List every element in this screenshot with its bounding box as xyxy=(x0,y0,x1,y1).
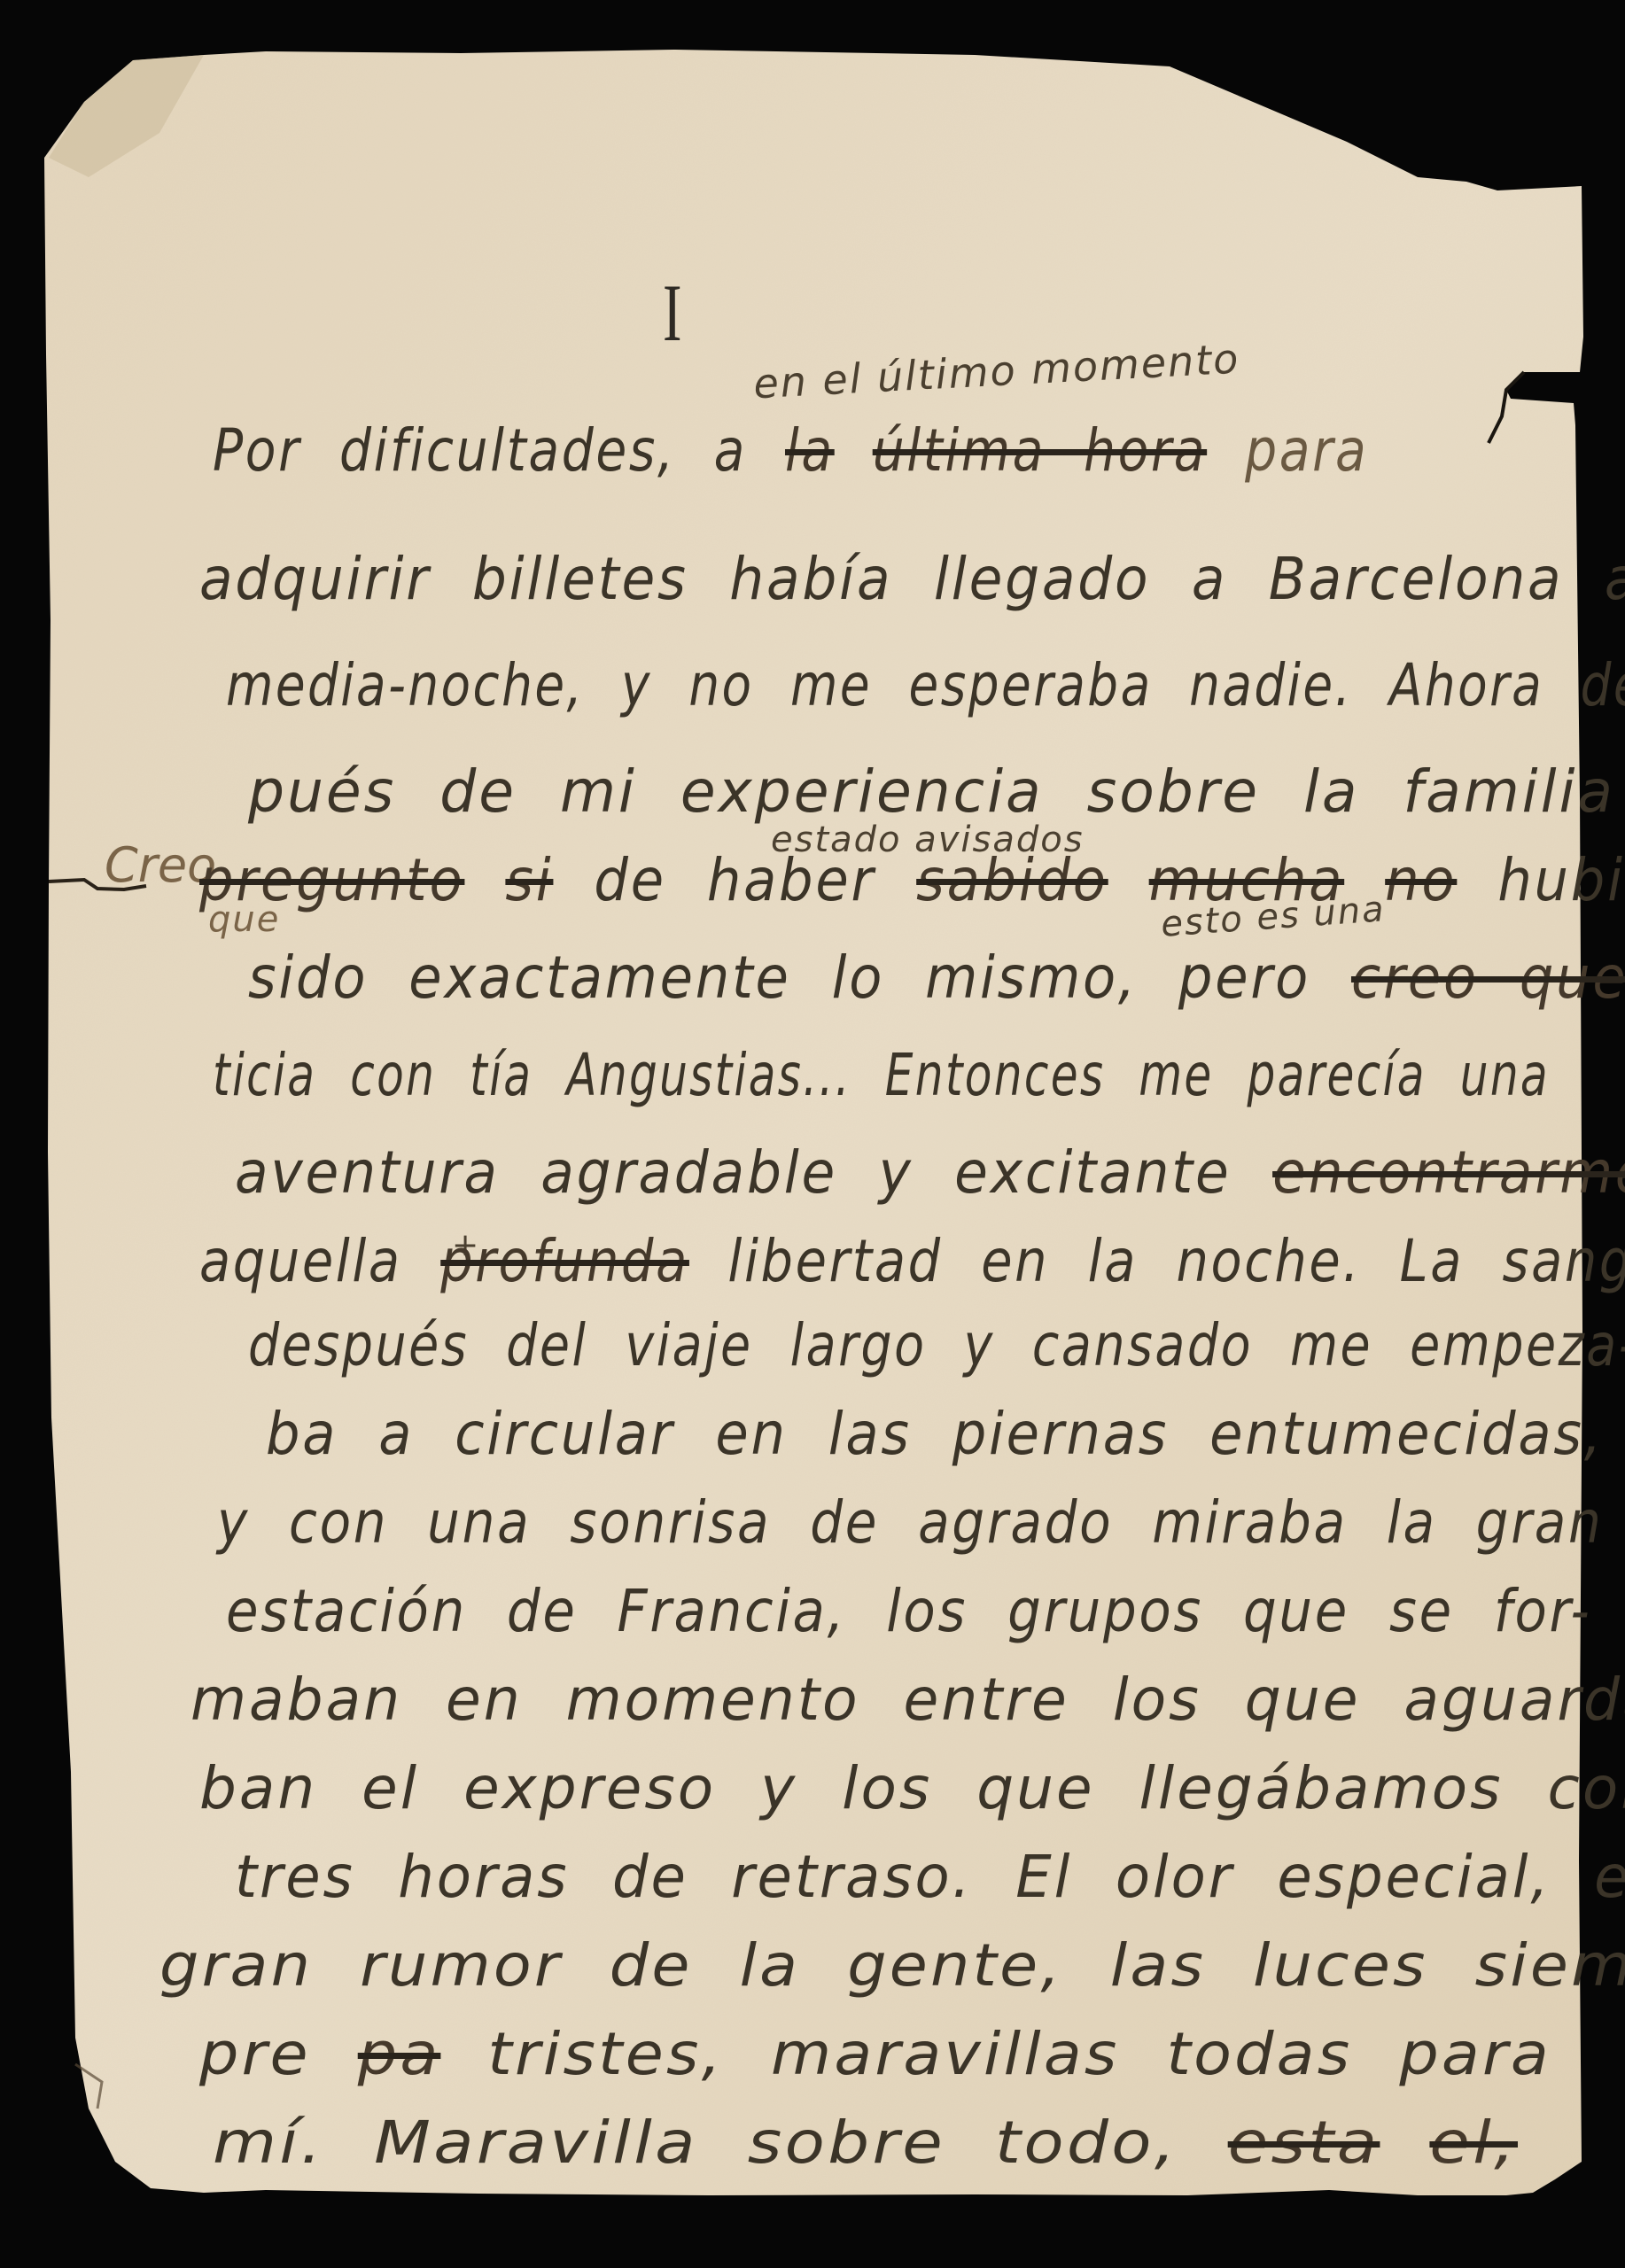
line-5-segment: de haber xyxy=(594,846,875,914)
line-14-text: maban en momento entre los que aguarda- xyxy=(190,1666,1625,1734)
line-19-struck-word: esta xyxy=(1228,2109,1380,2177)
line-9-text: aquella xyxy=(199,1227,402,1295)
line-5-segment: hubiera xyxy=(1497,846,1625,914)
line-18-text: tristes, maravillas todas para xyxy=(487,2020,1551,2088)
manuscript-line-16: tres horas de retraso. El olor especial,… xyxy=(235,1843,1625,1911)
line-1-segment: a xyxy=(714,416,747,485)
line-6-text: sido exactamente lo mismo, pero xyxy=(248,944,1310,1012)
manuscript-line-4: pués de mi experiencia sobre la familia … xyxy=(248,757,1625,826)
line-19-text: mí. Maravilla sobre todo, xyxy=(213,2109,1178,2177)
manuscript-line-3: media-noche, y no me esperaba nadie. Aho… xyxy=(226,651,1625,719)
manuscript-line-6: sido exactamente lo mismo, pero creo que… xyxy=(248,944,1625,1012)
line-16-text: tres horas de retraso. El olor especial,… xyxy=(235,1843,1625,1911)
manuscript-page: I en el último momento estado avisados e… xyxy=(0,0,1625,2268)
manuscript-line-13: estación de Francia, los grupos que se f… xyxy=(226,1577,1592,1645)
chapter-heading: I xyxy=(663,266,681,360)
line-1-segment: para xyxy=(1245,416,1368,485)
manuscript-line-11: ba a circular en las piernas entumecidas… xyxy=(266,1400,1604,1468)
line-12-text: y con una sonrisa de agrado miraba la gr… xyxy=(217,1488,1603,1557)
line-5-struck-word: mucha xyxy=(1149,846,1345,914)
manuscript-line-18: pre pa tristes, maravillas todas para xyxy=(199,2020,1551,2088)
line-1-segment: Por dificultades, xyxy=(213,416,676,485)
line-11-text: ba a circular en las piernas entumecidas… xyxy=(266,1400,1604,1468)
line-15-text: ban el expreso y los que llegábamos con xyxy=(199,1754,1625,1822)
line-1-struck-word: la xyxy=(785,416,835,485)
line-19-struck-word: el, xyxy=(1429,2109,1518,2177)
manuscript-line-19: mí. Maravilla sobre todo, esta el, xyxy=(213,2109,1518,2177)
line-18-text: pre xyxy=(199,2020,311,2088)
line-8-struck-word: encontrarme sola xyxy=(1272,1138,1625,1207)
line-10-text: después del viaje largo y cansado me emp… xyxy=(248,1311,1625,1379)
manuscript-line-17: gran rumor de la gente, las luces siem- xyxy=(159,1931,1625,2000)
insertion-en-el-ultimo-momento: en el último momento xyxy=(752,335,1241,408)
line-9-text: libertad en la noche. La sangre, xyxy=(727,1227,1625,1295)
manuscript-line-1: Por dificultades, a la última hora para xyxy=(213,416,1368,485)
manuscript-line-9: aquella profunda libertad en la noche. L… xyxy=(199,1227,1625,1295)
line-9-struck-word: profunda xyxy=(440,1227,689,1295)
line-5-struck-word: si xyxy=(505,846,553,914)
line-1-struck-word: última hora xyxy=(873,416,1207,485)
line-13-text: estación de Francia, los grupos que se f… xyxy=(226,1577,1592,1645)
line-4-text: pués de mi experiencia sobre la familia xyxy=(248,757,1615,826)
manuscript-line-5: pregunto si de haber sabido mucha no hub… xyxy=(199,846,1625,914)
line-8-text: aventura agradable y excitante xyxy=(235,1138,1232,1207)
line-17-text: gran rumor de la gente, las luces siem- xyxy=(159,1931,1625,2000)
line-5-struck-word: sabido xyxy=(916,846,1108,914)
manuscript-line-12: y con una sonrisa de agrado miraba la gr… xyxy=(217,1488,1603,1557)
manuscript-line-10: después del viaje largo y cansado me emp… xyxy=(248,1311,1625,1379)
manuscript-line-15: ban el expreso y los que llegábamos con xyxy=(199,1754,1625,1822)
line-7-text: ticia con tía Angustias... Entonces me p… xyxy=(213,1041,1550,1109)
manuscript-line-2: adquirir billetes había llegado a Barcel… xyxy=(199,545,1625,613)
line-18-struck-word: pa xyxy=(358,2020,441,2088)
line-5-struck-word: no xyxy=(1385,846,1457,914)
line-3-text: media-noche, y no me esperaba nadie. Aho… xyxy=(226,651,1625,719)
line-2-text: adquirir billetes había llegado a Barcel… xyxy=(199,545,1625,613)
manuscript-line-7: ticia con tía Angustias... Entonces me p… xyxy=(213,1041,1550,1109)
line-5-struck-word: pregunto xyxy=(199,846,464,914)
manuscript-line-8: aventura agradable y excitante encontrar… xyxy=(235,1138,1625,1207)
line-6-struck-word: creo que xyxy=(1351,944,1625,1012)
manuscript-line-14: maban en momento entre los que aguarda- xyxy=(190,1666,1625,1734)
